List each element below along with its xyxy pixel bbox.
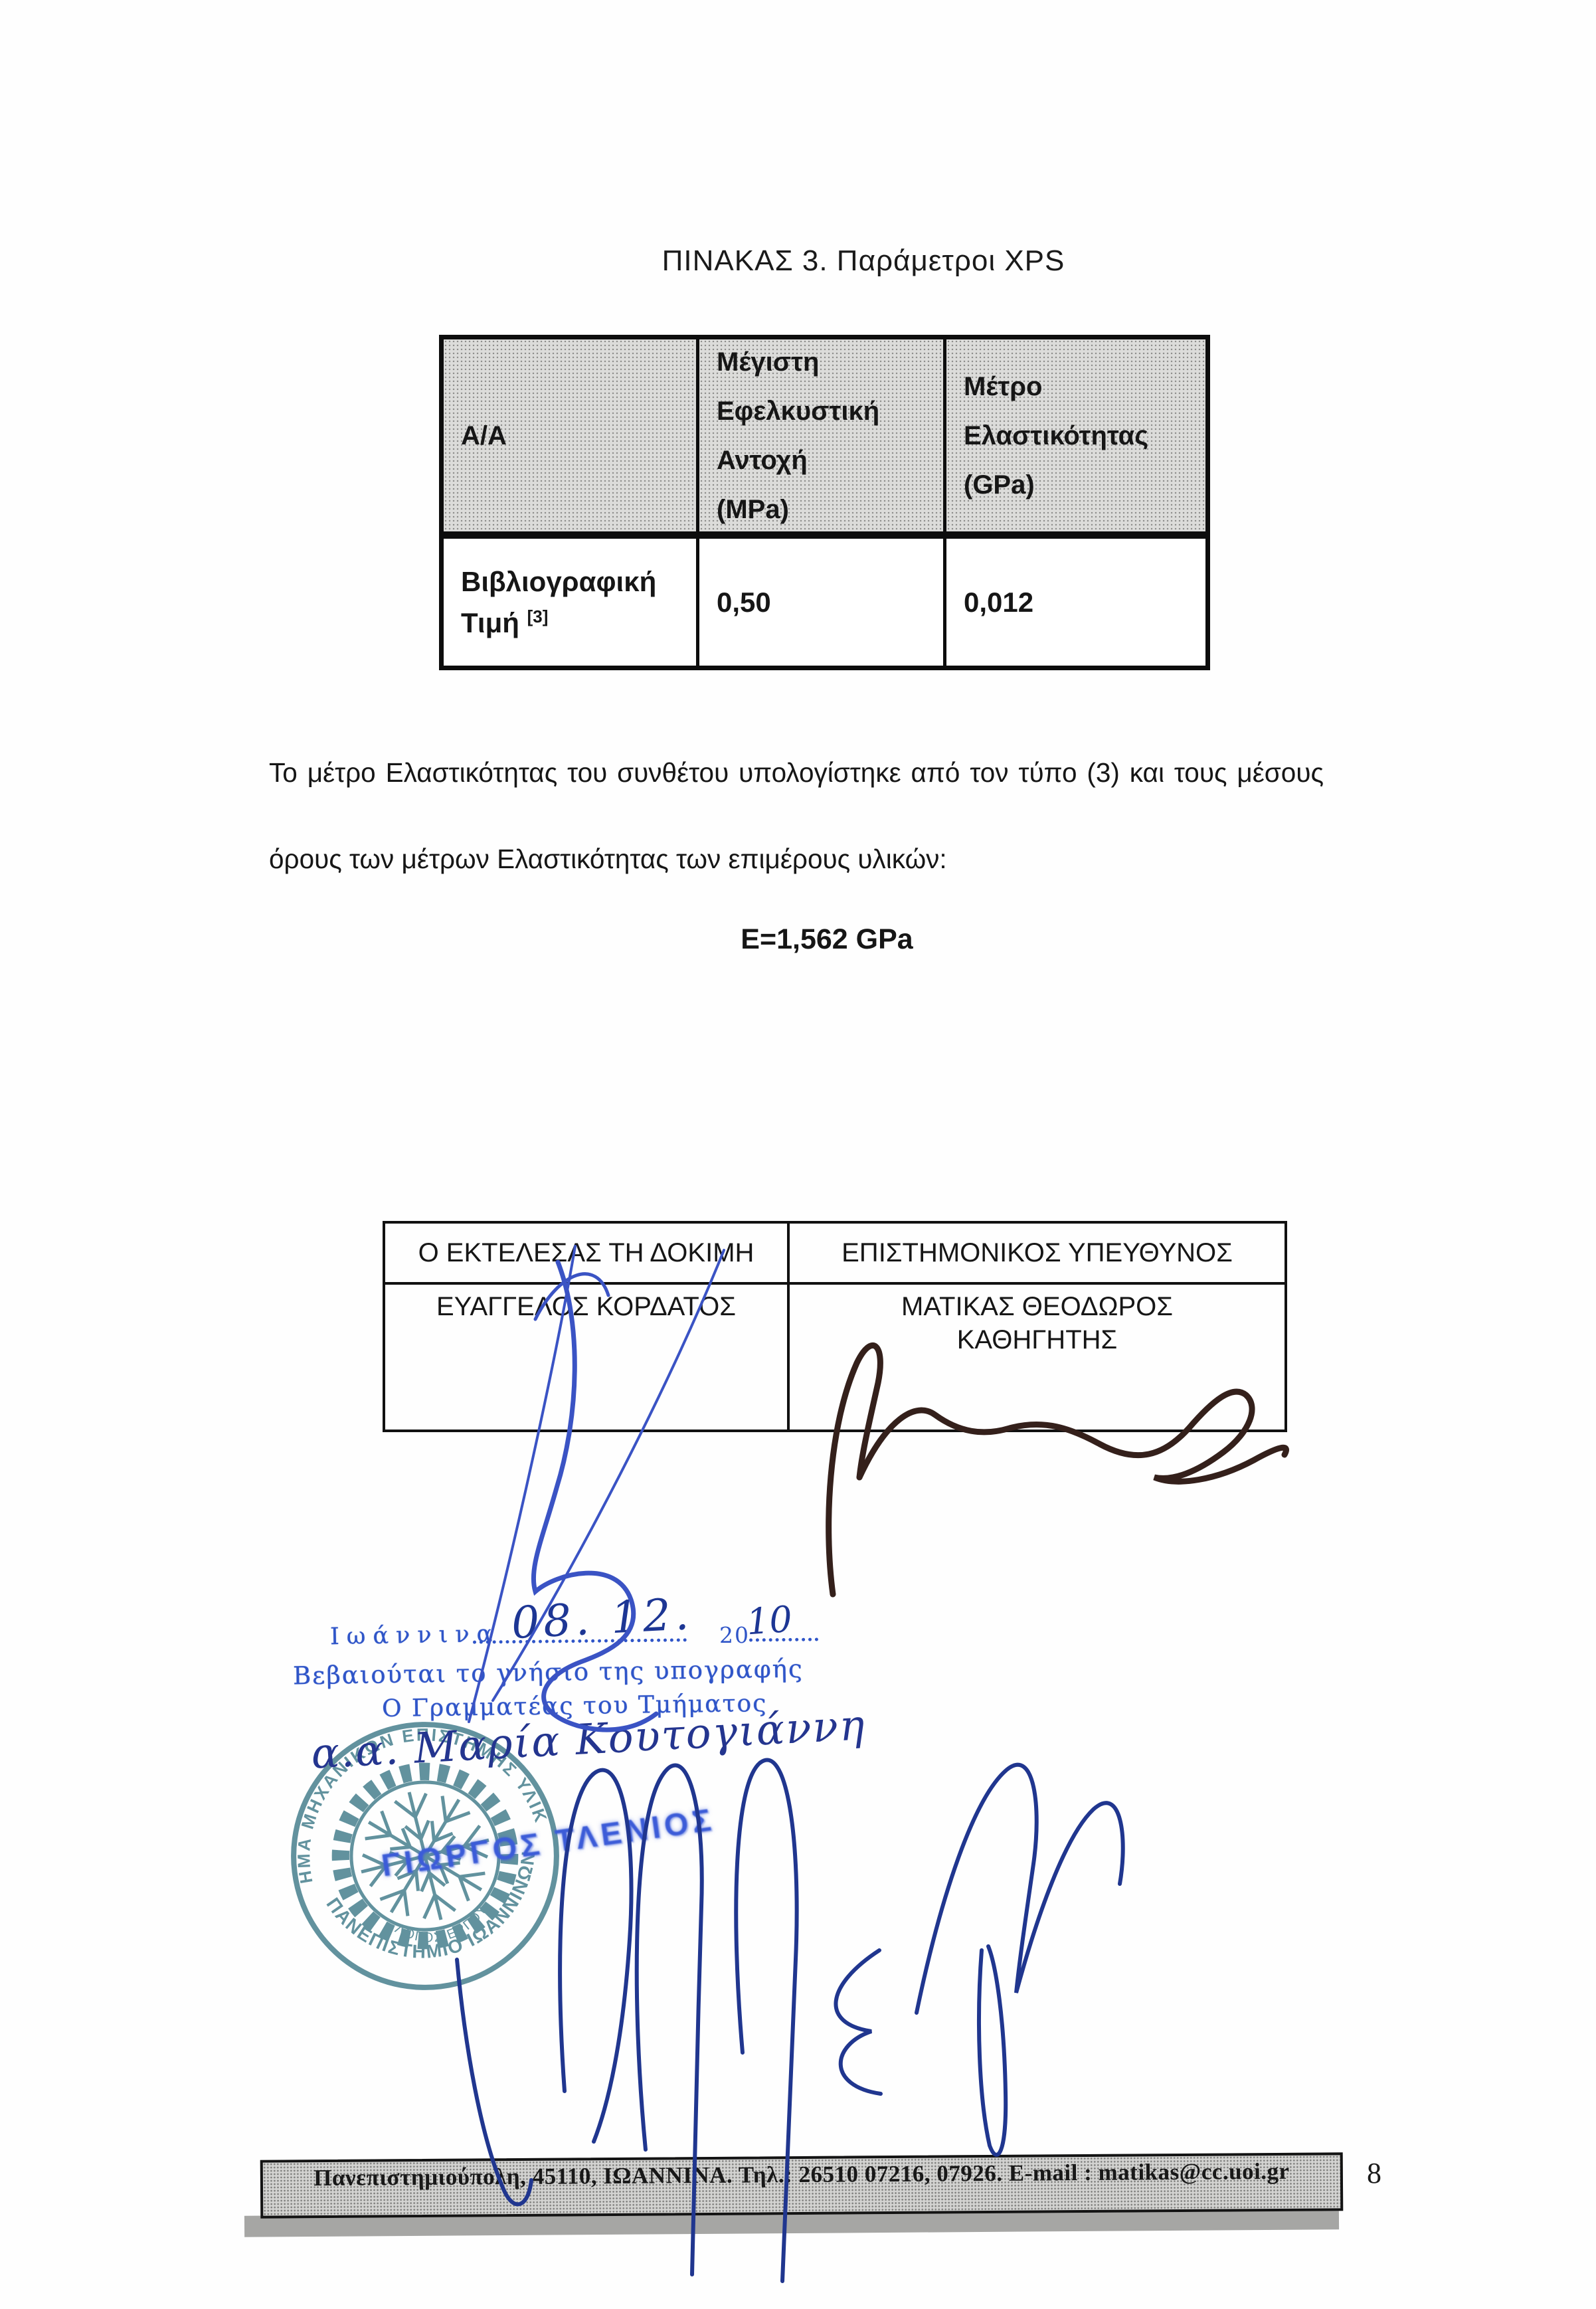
header-aa-label: A/A [461, 411, 689, 460]
header-tensile-label: Μέγιστη Εφελκυστική Αντοχή (MPa) [717, 337, 936, 534]
xps-parameters-table: A/A Μέγιστη Εφελκυστική Αντοχή (MPa) Μέτ… [439, 335, 1210, 670]
elastic-modulus-equation: E=1,562 GPa [279, 923, 1375, 956]
stamp-year-prefix: 20 [719, 1622, 750, 1648]
row-label: Βιβλιογραφική Τιμή [461, 566, 656, 638]
sig-left-title-label: Ο ΕΚΤΕΛΕΣΑΣ ΤΗ ΔΟΚΙΜΗ [418, 1238, 754, 1268]
page-number: 8 [1367, 2156, 1381, 2190]
table-cell-modulus-value: 0,012 [946, 539, 1205, 666]
footer-address-text: Πανεπιστημιούπολη, 45110, ΙΩΑΝΝΙΝΑ. Τηλ.… [313, 2158, 1290, 2191]
handwritten-day-month: 08. 12. [510, 1588, 694, 1649]
footer-address-box: Πανεπιστημιούπολη, 45110, ΙΩΑΝΝΙΝΑ. Τηλ.… [260, 2152, 1344, 2218]
stamp-dotted-line-year [749, 1637, 818, 1641]
signatures-table: Ο ΕΚΤΕΛΕΣΑΣ ΤΗ ΔΟΚΙΜΗ ΕΠΙΣΤΗΜΟΝΙΚΟΣ ΥΠΕΥ… [383, 1221, 1287, 1432]
tensile-value: 0,50 [717, 582, 936, 623]
table-caption: ΠΙΝΑΚΑΣ 3. Παράμετροι XPS [133, 244, 1594, 278]
sig-right-name-cell: ΜΑΤΙΚΑΣ ΘΕΟΔΩΡΟΣ ΚΑΘΗΓΗΤΗΣ [790, 1285, 1285, 1430]
table-header-aa: A/A [444, 339, 699, 539]
sig-right-title-label: ΕΠΙΣΤΗΜΟΝΙΚΟΣ ΥΠΕΥΘΥΝΟΣ [842, 1238, 1233, 1268]
sig-right-role: ΚΑΘΗΓΗΤΗΣ [957, 1323, 1117, 1356]
table-row-label-cell: Βιβλιογραφική Τιμή [3] [444, 539, 699, 666]
table-header-elastic-modulus: Μέτρο Ελαστικότητας (GPa) [946, 339, 1205, 539]
stamp-city-label: Ιωάννινα [330, 1621, 500, 1650]
row-label-reference: [3] [527, 606, 549, 626]
sig-left-name: ΕΥΑΓΓΕΛΟΣ ΚΟΡΔΑΤΟΣ [436, 1290, 736, 1323]
sig-right-title: ΕΠΙΣΤΗΜΟΝΙΚΟΣ ΥΠΕΥΘΥΝΟΣ [790, 1224, 1285, 1285]
table-cell-tensile-value: 0,50 [699, 539, 946, 666]
scanned-document-page: ΠΙΝΑΚΑΣ 3. Παράμετροι XPS A/A Μέγιστη Εφ… [0, 0, 1596, 2309]
sig-left-name-cell: ΕΥΑΓΓΕΛΟΣ ΚΟΡΔΑΤΟΣ [385, 1285, 790, 1430]
table-header-tensile-strength: Μέγιστη Εφελκυστική Αντοχή (MPa) [699, 339, 946, 539]
sig-right-name: ΜΑΤΙΚΑΣ ΘΕΟΔΩΡΟΣ [901, 1290, 1173, 1323]
sig-left-title: Ο ΕΚΤΕΛΕΣΑΣ ΤΗ ΔΟΚΙΜΗ [385, 1224, 790, 1285]
handwritten-year: 10 [745, 1598, 794, 1643]
stamp-attestation-line: Βεβαιούται το γνήσιο της υπογραφής [293, 1655, 804, 1691]
modulus-value: 0,012 [964, 582, 1199, 623]
body-paragraph: Το μέτρο Ελαστικότητας του συνθέτου υπολ… [269, 729, 1324, 902]
header-modulus-label: Μέτρο Ελαστικότητας (GPa) [964, 362, 1199, 509]
